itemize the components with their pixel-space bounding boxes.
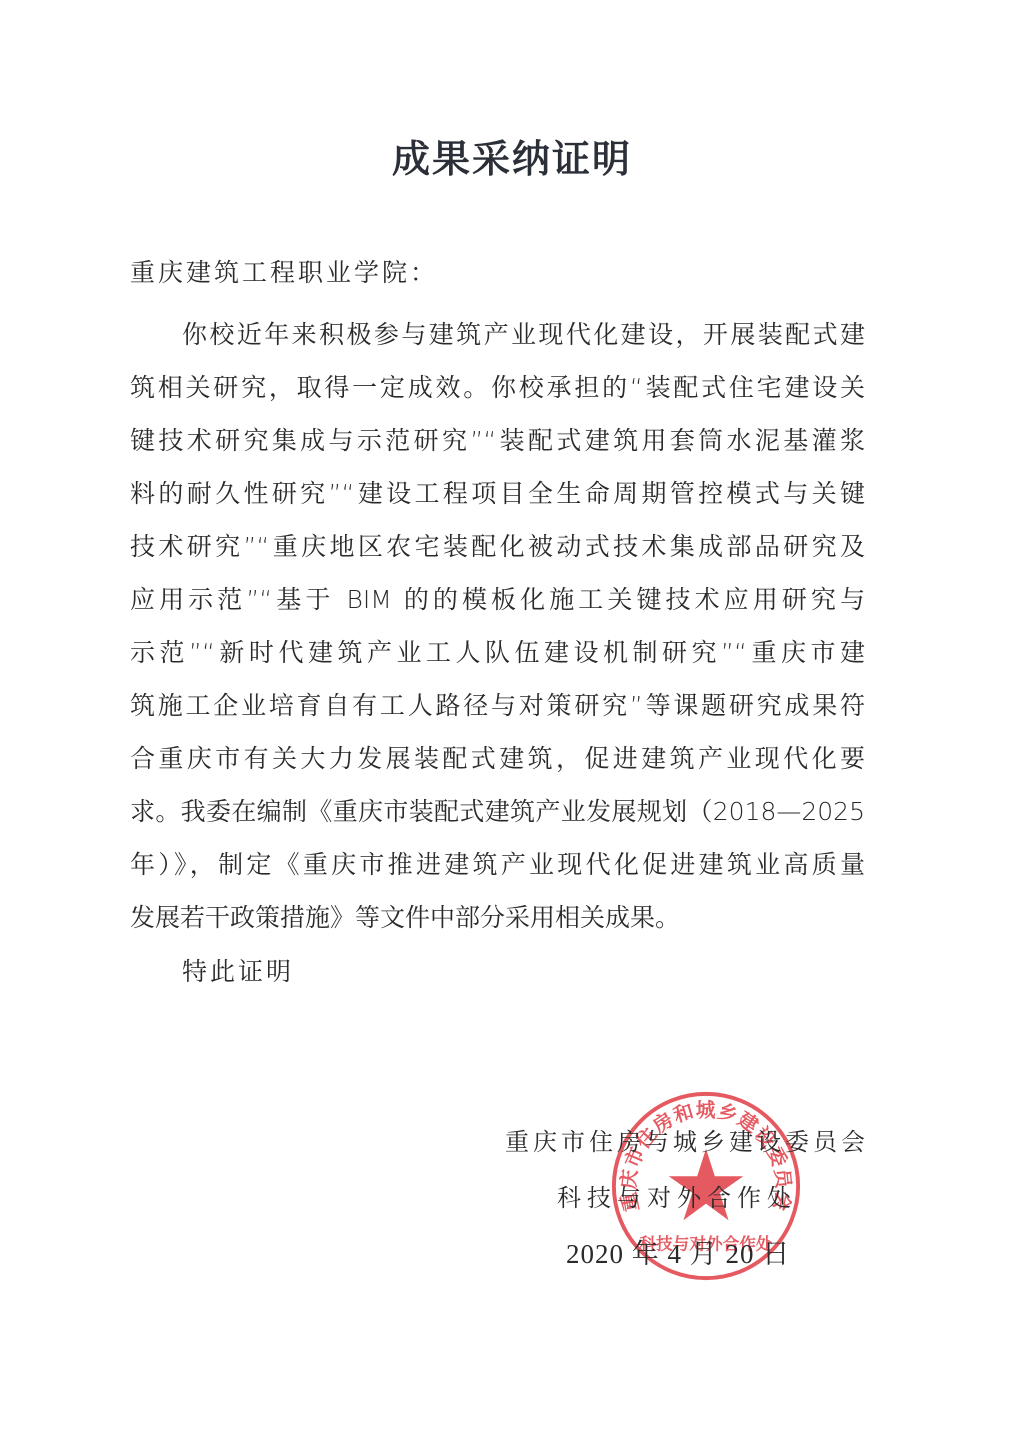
body-line: 应用示范”“基于 BIM 的的模板化施工关键技术应用研究与 — [130, 573, 865, 626]
signature-date: 2020 年 4 月 20 日 — [566, 1232, 790, 1271]
body-line: 发展若干政策措施》等文件中部分采用相关成果。 — [130, 891, 865, 944]
signature-organization: 重庆市住房与城乡建设委员会 — [505, 1122, 869, 1157]
salutation: 重庆建筑工程职业学院： — [130, 253, 438, 289]
certificate-page: 成果采纳证明 重庆建筑工程职业学院： 你校近年来积极参与建筑产业现代化建设，开展… — [0, 0, 1024, 1448]
closing-phrase: 特此证明 — [182, 952, 294, 988]
body-line: 筑相关研究，取得一定成效。你校承担的“装配式住宅建设关 — [130, 361, 865, 414]
body-line: 示范”“新时代建筑产业工人队伍建设机制研究”“重庆市建 — [130, 626, 865, 679]
body-line: 料的耐久性研究”“建设工程项目全生命周期管控模式与关键 — [130, 467, 865, 520]
body-line: 键技术研究集成与示范研究”“装配式建筑用套筒水泥基灌浆 — [130, 414, 865, 467]
body-line: 技术研究”“重庆地区农宅装配化被动式技术集成部品研究及 — [130, 520, 865, 573]
body-text: 你校近年来积极参与建筑产业现代化建设，开展装配式建 筑相关研究，取得一定成效。你… — [130, 308, 865, 944]
body-line: 你校近年来积极参与建筑产业现代化建设，开展装配式建 — [130, 308, 865, 361]
body-line: 合重庆市有关大力发展装配式建筑，促进建筑产业现代化要 — [130, 732, 865, 785]
document-title: 成果采纳证明 — [0, 128, 1024, 183]
body-line: 年）》，制定《重庆市推进建筑产业现代化促进建筑业高质量 — [130, 838, 865, 891]
body-line: 筑施工企业培育自有工人路径与对策研究”等课题研究成果符 — [130, 679, 865, 732]
body-line: 求。我委在编制《重庆市装配式建筑产业发展规划（2018—2025 — [130, 785, 865, 838]
signature-department: 科技与对外合作处 — [557, 1178, 797, 1213]
